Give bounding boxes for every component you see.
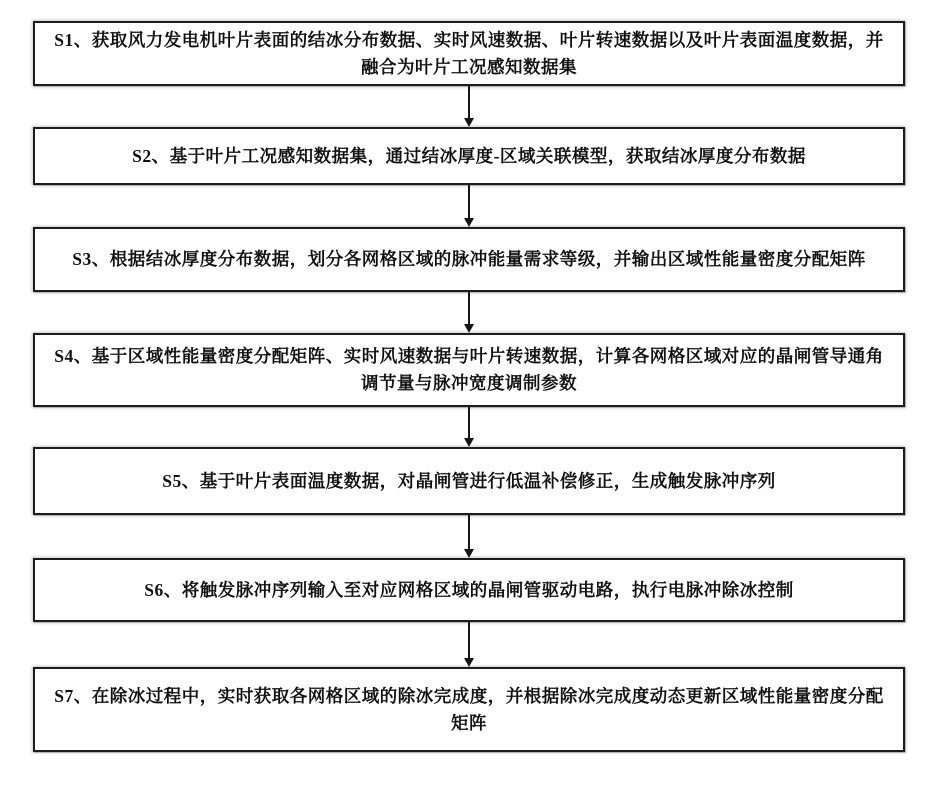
- arrow-down-icon: [464, 515, 474, 558]
- arrow-head: [464, 324, 474, 333]
- arrow-down-icon: [464, 407, 474, 447]
- flow-step-s4-text: S4、基于区域性能量密度分配矩阵、实时风速数据与叶片转速数据，计算各网格区域对应…: [49, 343, 889, 397]
- arrow-head: [464, 118, 474, 127]
- flow-step-s6-text: S6、将触发脉冲序列输入至对应网格区域的晶闸管驱动电路，执行电脉冲除冰控制: [49, 577, 889, 604]
- flow-step-s1-text: S1、获取风力发电机叶片表面的结冰分布数据、实时风速数据、叶片转速数据以及叶片表…: [49, 27, 889, 81]
- arrow-down-icon: [464, 292, 474, 333]
- flowchart: S1、获取风力发电机叶片表面的结冰分布数据、实时风速数据、叶片转速数据以及叶片表…: [33, 21, 905, 752]
- flow-step-s2-text: S2、基于叶片工况感知数据集，通过结冰厚度-区域关联模型，获取结冰厚度分布数据: [49, 143, 889, 170]
- arrow-head: [464, 218, 474, 227]
- arrow-shaft: [468, 622, 470, 658]
- flow-step-s1: S1、获取风力发电机叶片表面的结冰分布数据、实时风速数据、叶片转速数据以及叶片表…: [33, 21, 905, 86]
- arrow-shaft: [468, 86, 470, 118]
- flow-step-s4: S4、基于区域性能量密度分配矩阵、实时风速数据与叶片转速数据，计算各网格区域对应…: [33, 333, 905, 407]
- arrow-shaft: [468, 185, 470, 218]
- flow-step-s2: S2、基于叶片工况感知数据集，通过结冰厚度-区域关联模型，获取结冰厚度分布数据: [33, 127, 905, 185]
- flow-step-s6: S6、将触发脉冲序列输入至对应网格区域的晶闸管驱动电路，执行电脉冲除冰控制: [33, 558, 905, 622]
- arrow-head: [464, 658, 474, 667]
- flow-step-s3: S3、根据结冰厚度分布数据，划分各网格区域的脉冲能量需求等级，并输出区域性能量密…: [33, 227, 905, 292]
- arrow-down-icon: [464, 622, 474, 667]
- flow-step-s7: S7、在除冰过程中，实时获取各网格区域的除冰完成度，并根据除冰完成度动态更新区域…: [33, 667, 905, 752]
- flow-step-s3-text: S3、根据结冰厚度分布数据，划分各网格区域的脉冲能量需求等级，并输出区域性能量密…: [49, 246, 889, 273]
- flow-step-s7-text: S7、在除冰过程中，实时获取各网格区域的除冰完成度，并根据除冰完成度动态更新区域…: [49, 683, 889, 737]
- arrow-shaft: [468, 407, 470, 438]
- arrow-head: [464, 549, 474, 558]
- arrow-shaft: [468, 292, 470, 324]
- arrow-down-icon: [464, 185, 474, 227]
- arrow-shaft: [468, 515, 470, 549]
- flow-step-s5: S5、基于叶片表面温度数据，对晶闸管进行低温补偿修正，生成触发脉冲序列: [33, 447, 905, 515]
- arrow-down-icon: [464, 86, 474, 127]
- flow-step-s5-text: S5、基于叶片表面温度数据，对晶闸管进行低温补偿修正，生成触发脉冲序列: [49, 468, 889, 495]
- arrow-head: [464, 438, 474, 447]
